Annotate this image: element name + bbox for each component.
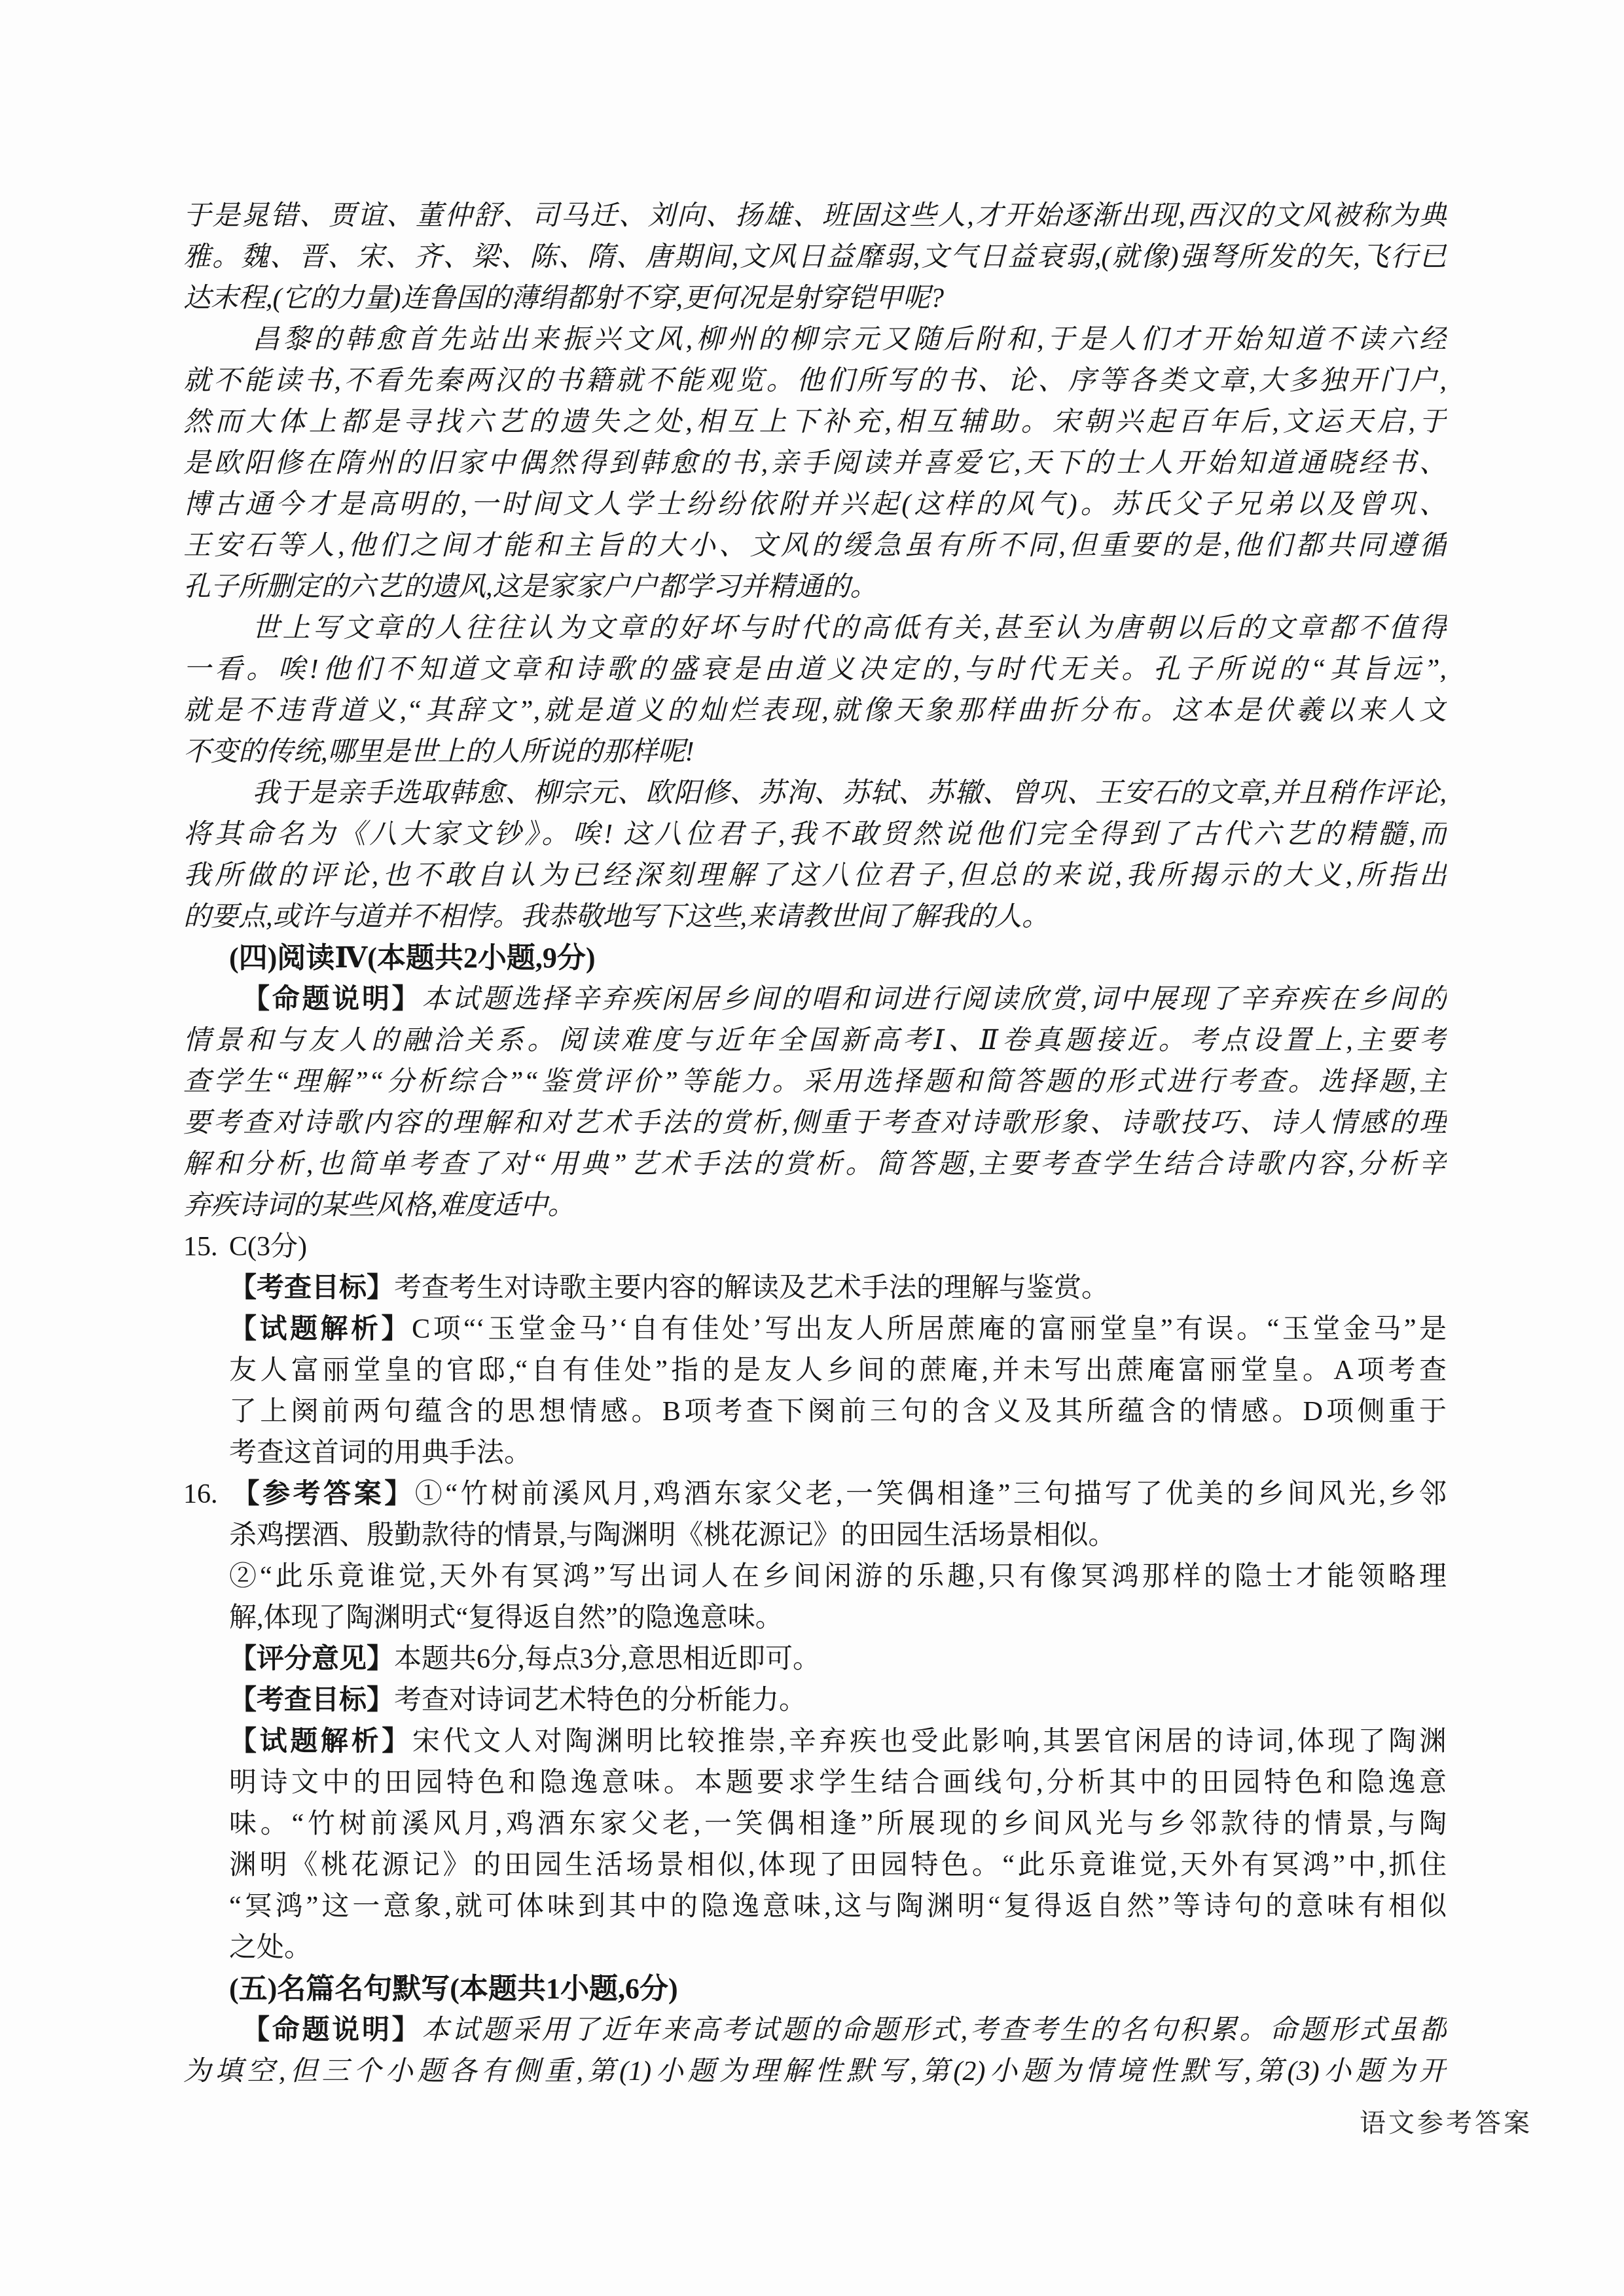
bold-label: 【评分意见】 [229, 1644, 394, 1674]
bold-label: 【参考答案】 [229, 1479, 415, 1509]
text-line-24: 解和分析,也简单考查了对“用典”艺术手法的赏析。简答题,主要考查学生结合诗歌内容… [183, 1143, 1447, 1185]
text-line-3: 达末程,(它的力量)连鲁国的薄绢都射不穿,更何况是射穿铠甲呢? [183, 278, 1447, 319]
line-text: 友人富丽堂皇的官邸,“自有佳处”指的是友人乡间的蔗庵,并未写出蔗庵富丽堂皇。A项… [229, 1355, 1447, 1386]
text-line-19: (四)阅读Ⅳ(本题共2小题,9分) [229, 937, 1447, 978]
line-text: 就不能读书,不看先秦两汉的书籍就不能观览。他们所写的书、论、序等各类文章,大多独… [183, 366, 1447, 396]
text-line-29: 友人富丽堂皇的官邸,“自有佳处”指的是友人乡间的蔗庵,并未写出蔗庵富丽堂皇。A项… [229, 1350, 1447, 1391]
text-line-5: 就不能读书,不看先秦两汉的书籍就不能观览。他们所写的书、论、序等各类文章,大多独… [183, 360, 1447, 401]
bold-label: 【试题解析】 [229, 1314, 412, 1344]
text-line-34: ②“此乐竟谁觉,天外有冥鸿”写出词人在乡间闲游的乐趣,只有像冥鸿那样的隐士才能领… [229, 1556, 1447, 1597]
text-line-12: 一看。唉!他们不知道文章和诗歌的盛衰是由道义决定的,与时代无关。孔子所说的“其旨… [183, 649, 1447, 690]
line-text: 本试题采用了近年来高考试题的命题形式,考查考生的名句积累。命题形式虽都 [422, 2015, 1447, 2045]
text-line-30: 了上阕前两句蕴含的思想情感。B项考查下阕前三句的含义及其所蕴含的情感。D项侧重于 [229, 1391, 1447, 1432]
line-text: 味。“竹树前溪风月,鸡酒东家父老,一笑偶相逢”所展现的乡间风光与乡邻款待的情景,… [229, 1809, 1447, 1839]
answer-sheet-page: 于是晁错、贾谊、董仲舒、司马迁、刘向、扬雄、班固这些人,才开始逐渐出现,西汉的文… [0, 0, 1624, 2296]
line-text: 弃疾诗词的某些风格,难度适中。 [183, 1191, 575, 1221]
text-line-40: 味。“竹树前溪风月,鸡酒东家父老,一笑偶相逢”所展现的乡间风光与乡邻款待的情景,… [229, 1803, 1447, 1844]
line-text: 考查这首词的用典手法。 [229, 1438, 532, 1468]
text-line-4: 昌黎的韩愈首先站出来振兴文风,柳州的柳宗元又随后附和,于是人们才开始知道不读六经 [252, 319, 1447, 360]
line-text: 渊明《桃花源记》的田园生活场景相似,体现了田园特色。“此乐竟谁觉,天外有冥鸿”中… [229, 1850, 1447, 1880]
line-text: 考查考生对诗歌主要内容的解读及艺术手法的理解与鉴赏。 [394, 1273, 1109, 1303]
text-line-18: 的要点,或许与道并不相悖。我恭敬地写下这些,来请教世间了解我的人。 [183, 896, 1447, 937]
text-line-32: 16.【参考答案】①“竹树前溪风月,鸡酒东家父老,一笑偶相逢”三句描写了优美的乡… [183, 1473, 1447, 1515]
text-line-45: 【命题说明】本试题采用了近年来高考试题的命题形式,考查考生的名句积累。命题形式虽… [242, 2009, 1447, 2051]
line-text: 于是晁错、贾谊、董仲舒、司马迁、刘向、扬雄、班固这些人,才开始逐渐出现,西汉的文… [183, 201, 1447, 231]
text-line-21: 情景和与友人的融洽关系。阅读难度与近年全国新高考Ⅰ、Ⅱ卷真题接近。考点设置上,主… [183, 1020, 1447, 1061]
line-text: 了上阕前两句蕴含的思想情感。B项考查下阕前三句的含义及其所蕴含的情感。D项侧重于 [229, 1397, 1447, 1427]
line-text: 本题共6分,每点3分,意思相近即可。 [394, 1644, 820, 1674]
text-line-42: “冥鸿”这一意象,就可体味到其中的隐逸意味,这与陶渊明“复得返自然”等诗句的意味… [229, 1886, 1447, 1927]
line-text: 解,体现了陶渊明式“复得返自然”的隐逸意味。 [229, 1603, 783, 1633]
item-number: 16. [183, 1473, 229, 1515]
line-text: 杀鸡摆酒、殷勤款待的情景,与陶渊明《桃花源记》的田园生活场景相似。 [229, 1520, 1116, 1551]
text-line-46: 为填空,但三个小题各有侧重,第(1)小题为理解性默写,第(2)小题为情境性默写,… [183, 2051, 1447, 2092]
line-text: 我于是亲手选取韩愈、柳宗元、欧阳修、苏洵、苏轼、苏辙、曾巩、王安石的文章,并且稍… [252, 778, 1447, 808]
bold-label: 【考查目标】 [229, 1685, 394, 1715]
line-text: 解和分析,也简单考查了对“用典”艺术手法的赏析。简答题,主要考查学生结合诗歌内容… [183, 1149, 1447, 1179]
text-line-37: 【考查目标】考查对诗词艺术特色的分析能力。 [229, 1679, 1447, 1721]
line-text: “冥鸿”这一意象,就可体味到其中的隐逸意味,这与陶渊明“复得返自然”等诗句的意味… [229, 1892, 1447, 1922]
line-text: 将其命名为《八大家文钞》。唉! 这八位君子,我不敢贸然说他们完全得到了古代六艺的… [183, 819, 1447, 850]
text-line-11: 世上写文章的人往往认为文章的好坏与时代的高低有关,甚至认为唐朝以后的文章都不值得 [252, 607, 1447, 649]
line-text: 我所做的评论,也不敢自认为已经深刻理解了这八位君子,但总的来说,我所揭示的大义,… [183, 861, 1447, 891]
line-text: 世上写文章的人往往认为文章的好坏与时代的高低有关,甚至认为唐朝以后的文章都不值得 [252, 613, 1447, 643]
line-text: 宋代文人对陶渊明比较推崇,辛弃疾也受此影响,其罢官闲居的诗词,体现了陶渊 [412, 1727, 1447, 1757]
text-line-20: 【命题说明】本试题选择辛弃疾闲居乡间的唱和词进行阅读欣赏,词中展现了辛弃疾在乡间… [242, 978, 1447, 1020]
text-line-8: 博古通今才是高明的,一时间文人学士纷纷依附并兴起(这样的风气)。苏氏父子兄弟以及… [183, 484, 1447, 525]
text-line-43: 之处。 [229, 1927, 1447, 1968]
line-text: 之处。 [229, 1933, 312, 1963]
text-line-13: 就是不违背道义,“其辞文”,就是道义的灿烂表现,就像天象那样曲折分布。这本是伏羲… [183, 690, 1447, 731]
bold-label: (五)名篇名句默写(本题共1小题,6分) [229, 1973, 678, 2005]
bold-label: 【考查目标】 [229, 1273, 394, 1303]
text-line-17: 我所做的评论,也不敢自认为已经深刻理解了这八位君子,但总的来说,我所揭示的大义,… [183, 855, 1447, 896]
line-text: 为填空,但三个小题各有侧重,第(1)小题为理解性默写,第(2)小题为情境性默写,… [183, 2056, 1447, 2087]
page-footer-label: 语文参考答案 [1360, 2102, 1532, 2140]
text-line-10: 孔子所删定的六艺的遗风,这是家家户户都学习并精通的。 [183, 566, 1447, 607]
text-line-7: 是欧阳修在隋州的旧家中偶然得到韩愈的书,亲手阅读并喜爱它,天下的士人开始知道通晓… [183, 442, 1447, 484]
text-line-9: 王安石等人,他们之间才能和主旨的大小、文风的缓急虽有所不同,但重要的是,他们都共… [183, 525, 1447, 566]
text-line-23: 要考查对诗歌内容的理解和对艺术手法的赏析,侧重于考查对诗歌形象、诗歌技巧、诗人情… [183, 1102, 1447, 1143]
text-line-6: 然而大体上都是寻找六艺的遗失之处,相互上下补充,相互辅助。宋朝兴起百年后,文运天… [183, 401, 1447, 442]
text-line-25: 弃疾诗词的某些风格,难度适中。 [183, 1185, 1447, 1226]
line-text: 考查对诗词艺术特色的分析能力。 [394, 1685, 806, 1715]
line-text: C项“‘玉堂金马’‘自有佳处’写出友人所居蔗庵的富丽堂皇”有误。“玉堂金马”是 [412, 1314, 1447, 1344]
text-line-28: 【试题解析】C项“‘玉堂金马’‘自有佳处’写出友人所居蔗庵的富丽堂皇”有误。“玉… [229, 1308, 1447, 1350]
bold-label: 【试题解析】 [229, 1727, 412, 1757]
line-text: 一看。唉!他们不知道文章和诗歌的盛衰是由道义决定的,与时代无关。孔子所说的“其旨… [183, 655, 1447, 685]
line-text: 博古通今才是高明的,一时间文人学士纷纷依附并兴起(这样的风气)。苏氏父子兄弟以及… [183, 490, 1447, 520]
line-text: 明诗文中的田园特色和隐逸意味。本题要求学生结合画线句,分析其中的田园特色和隐逸意 [229, 1768, 1447, 1798]
line-text: 情景和与友人的融洽关系。阅读难度与近年全国新高考Ⅰ、Ⅱ卷真题接近。考点设置上,主… [183, 1026, 1447, 1056]
text-line-22: 查学生“理解”“分析综合”“鉴赏评价”等能力。采用选择题和简答题的形式进行考查。… [183, 1061, 1447, 1102]
line-text: ②“此乐竟谁觉,天外有冥鸿”写出词人在乡间闲游的乐趣,只有像冥鸿那样的隐士才能领… [229, 1562, 1447, 1592]
line-text: 雅。魏、晋、宋、齐、梁、陈、隋、唐期间,文风日益靡弱,文气日益衰弱,(就像)强弩… [183, 242, 1447, 272]
answer-lines: 于是晁错、贾谊、董仲舒、司马迁、刘向、扬雄、班固这些人,才开始逐渐出现,西汉的文… [183, 195, 1447, 2092]
item-number: 15. [183, 1226, 229, 1268]
line-text: 达末程,(它的力量)连鲁国的薄绢都射不穿,更何况是射穿铠甲呢? [183, 283, 944, 314]
line-text: 要考查对诗歌内容的理解和对艺术手法的赏析,侧重于考查对诗歌形象、诗歌技巧、诗人情… [183, 1108, 1447, 1138]
line-text: 然而大体上都是寻找六艺的遗失之处,相互上下补充,相互辅助。宋朝兴起百年后,文运天… [183, 407, 1447, 437]
text-line-15: 我于是亲手选取韩愈、柳宗元、欧阳修、苏洵、苏轼、苏辙、曾巩、王安石的文章,并且稍… [252, 772, 1447, 814]
line-text: C(3分) [229, 1232, 307, 1262]
text-line-1: 于是晁错、贾谊、董仲舒、司马迁、刘向、扬雄、班固这些人,才开始逐渐出现,西汉的文… [183, 195, 1447, 236]
text-line-2: 雅。魏、晋、宋、齐、梁、陈、隋、唐期间,文风日益靡弱,文气日益衰弱,(就像)强弩… [183, 236, 1447, 278]
line-text: 孔子所删定的六艺的遗风,这是家家户户都学习并精通的。 [183, 572, 878, 602]
text-line-16: 将其命名为《八大家文钞》。唉! 这八位君子,我不敢贸然说他们完全得到了古代六艺的… [183, 814, 1447, 855]
line-text: 就是不违背道义,“其辞文”,就是道义的灿烂表现,就像天象那样曲折分布。这本是伏羲… [183, 696, 1447, 726]
text-line-31: 考查这首词的用典手法。 [229, 1432, 1447, 1473]
text-line-33: 杀鸡摆酒、殷勤款待的情景,与陶渊明《桃花源记》的田园生活场景相似。 [229, 1515, 1447, 1556]
line-text: 是欧阳修在隋州的旧家中偶然得到韩愈的书,亲手阅读并喜爱它,天下的士人开始知道通晓… [183, 448, 1447, 478]
text-line-39: 明诗文中的田园特色和隐逸意味。本题要求学生结合画线句,分析其中的田园特色和隐逸意 [229, 1762, 1447, 1803]
text-line-26: 15.C(3分) [183, 1226, 1447, 1267]
bold-label: 【命题说明】 [242, 984, 422, 1014]
text-line-38: 【试题解析】宋代文人对陶渊明比较推崇,辛弃疾也受此影响,其罢官闲居的诗词,体现了… [229, 1721, 1447, 1762]
line-text: 查学生“理解”“分析综合”“鉴赏评价”等能力。采用选择题和简答题的形式进行考查。… [183, 1067, 1447, 1097]
bold-label: (四)阅读Ⅳ(本题共2小题,9分) [229, 942, 596, 974]
line-text: 昌黎的韩愈首先站出来振兴文风,柳州的柳宗元又随后附和,于是人们才开始知道不读六经 [252, 325, 1447, 355]
line-text: 的要点,或许与道并不相悖。我恭敬地写下这些,来请教世间了解我的人。 [183, 902, 1049, 932]
text-line-36: 【评分意见】本题共6分,每点3分,意思相近即可。 [229, 1638, 1447, 1679]
text-line-14: 不变的传统,哪里是世上的人所说的那样呢! [183, 731, 1447, 772]
text-line-35: 解,体现了陶渊明式“复得返自然”的隐逸意味。 [229, 1597, 1447, 1638]
text-line-41: 渊明《桃花源记》的田园生活场景相似,体现了田园特色。“此乐竟谁觉,天外有冥鸿”中… [229, 1844, 1447, 1886]
bold-label: 【命题说明】 [242, 2015, 422, 2045]
line-text: ①“竹树前溪风月,鸡酒东家父老,一笑偶相逢”三句描写了优美的乡间风光,乡邻 [415, 1479, 1447, 1509]
text-line-44: (五)名篇名句默写(本题共1小题,6分) [229, 1968, 1447, 2009]
line-text: 不变的传统,哪里是世上的人所说的那样呢! [183, 737, 695, 767]
line-text: 本试题选择辛弃疾闲居乡间的唱和词进行阅读欣赏,词中展现了辛弃疾在乡间的 [422, 984, 1447, 1014]
text-line-27: 【考查目标】考查考生对诗歌主要内容的解读及艺术手法的理解与鉴赏。 [229, 1267, 1447, 1308]
line-text: 王安石等人,他们之间才能和主旨的大小、文风的缓急虽有所不同,但重要的是,他们都共… [183, 531, 1447, 561]
